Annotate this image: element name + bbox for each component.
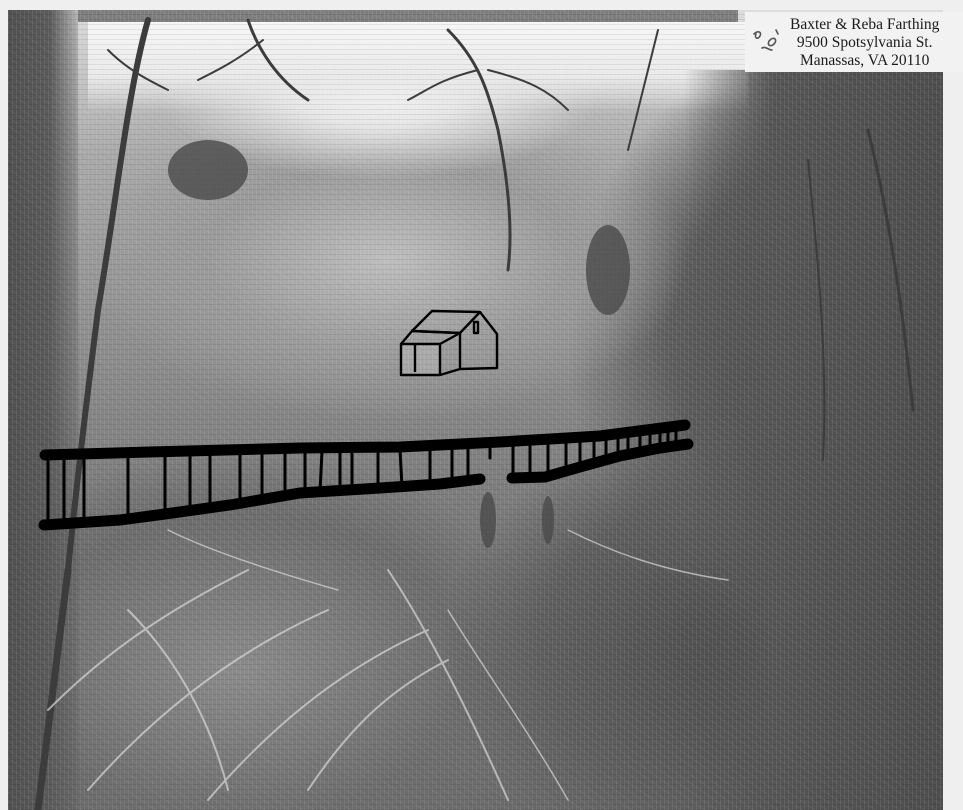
house-icon xyxy=(401,311,497,375)
bridge-icon xyxy=(44,425,688,525)
hand-drawn-annotations xyxy=(0,0,963,810)
scanned-page: Baxter & Reba Farthing 9500 Spotsylvania… xyxy=(0,0,963,810)
